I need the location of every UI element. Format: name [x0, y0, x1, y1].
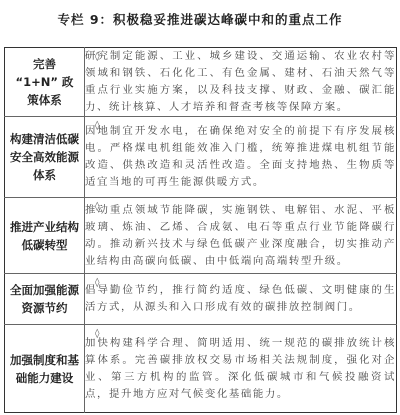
row-label-text: 全面加强能源资源节约	[10, 281, 80, 317]
row-label-text: 构建清洁低碳安全高效能源体系	[10, 130, 80, 184]
row-content: ◊ 倡导勤俭节约，推行简约适度、绿色低碳、文明健康的生活方式，从源头和入口形成有…	[85, 274, 397, 325]
row-content: ◊ 研究制定能源、工业、城乡建设、交通运输、农业农村等领域和钢铁、石化化工、有色…	[85, 48, 397, 117]
row-label: 构建清洁低碳安全高效能源体系	[5, 117, 85, 198]
row-label: 全面加强能源资源节约	[5, 274, 85, 325]
row-content-text: 加快构建科学合理、简明适用、统一规范的碳排放统计核算体系。完善碳排放权交易市场相…	[85, 337, 396, 400]
diamond-bullet-icon: ◊	[95, 118, 99, 135]
table-row: 推进产业结构低碳转型 ◊ 推动重点领域节能降碳，实施钢铁、电解铝、水泥、平板玻璃…	[5, 198, 397, 274]
table-row: 全面加强能源资源节约 ◊ 倡导勤俭节约，推行简约适度、绿色低碳、文明健康的生活方…	[5, 274, 397, 325]
diamond-bullet-icon: ◊	[95, 49, 99, 66]
row-content: ◊ 加快构建科学合理、简明适用、统一规范的碳排放统计核算体系。完善碳排放权交易市…	[85, 325, 397, 413]
row-content: ◊ 推动重点领域节能降碳，实施钢铁、电解铝、水泥、平板玻璃、炼油、乙烯、合成氨、…	[85, 198, 397, 274]
diamond-bullet-icon: ◊	[95, 275, 99, 292]
row-content-text: 倡导勤俭节约，推行简约适度、绿色低碳、文明健康的生活方式，从源头和入口形成有效的…	[85, 284, 396, 313]
table-row: 构建清洁低碳安全高效能源体系 ◊ 因地制宜开发水电，在确保绝对安全的前提下有序发…	[5, 117, 397, 198]
row-content-text: 因地制宜开发水电，在确保绝对安全的前提下有序发展核电。严格煤电机组能效准入门槛，…	[85, 125, 396, 188]
row-content-text: 推动重点领域节能降碳，实施钢铁、电解铝、水泥、平板玻璃、炼油、乙烯、合成氨、电石…	[85, 204, 396, 267]
row-label-text: 加强制度和基础能力建设	[9, 351, 81, 387]
box-title: 专栏 9：积极稳妥推进碳达峰碳中和的重点工作	[0, 10, 400, 28]
key-tasks-table: 完善 “1+N” 政策体系 ◊ 研究制定能源、工业、城乡建设、交通运输、农业农村…	[4, 47, 397, 413]
row-content-text: 研究制定能源、工业、城乡建设、交通运输、农业农村等领域和钢铁、石化化工、有色金属…	[85, 50, 396, 113]
diamond-bullet-icon: ◊	[95, 199, 99, 216]
row-content: ◊ 因地制宜开发水电，在确保绝对安全的前提下有序发展核电。严格煤电机组能效准入门…	[85, 117, 397, 198]
row-label: 完善 “1+N” 政策体系	[5, 48, 85, 117]
row-label: 加强制度和基础能力建设	[5, 325, 85, 413]
table-row: 加强制度和基础能力建设 ◊ 加快构建科学合理、简明适用、统一规范的碳排放统计核算…	[5, 325, 397, 413]
diamond-bullet-icon: ◊	[95, 326, 99, 343]
row-label-text: 推进产业结构低碳转型	[10, 218, 80, 254]
row-label: 推进产业结构低碳转型	[5, 198, 85, 274]
table-row: 完善 “1+N” 政策体系 ◊ 研究制定能源、工业、城乡建设、交通运输、农业农村…	[5, 48, 397, 117]
row-label-text: 完善 “1+N” 政策体系	[13, 55, 77, 109]
